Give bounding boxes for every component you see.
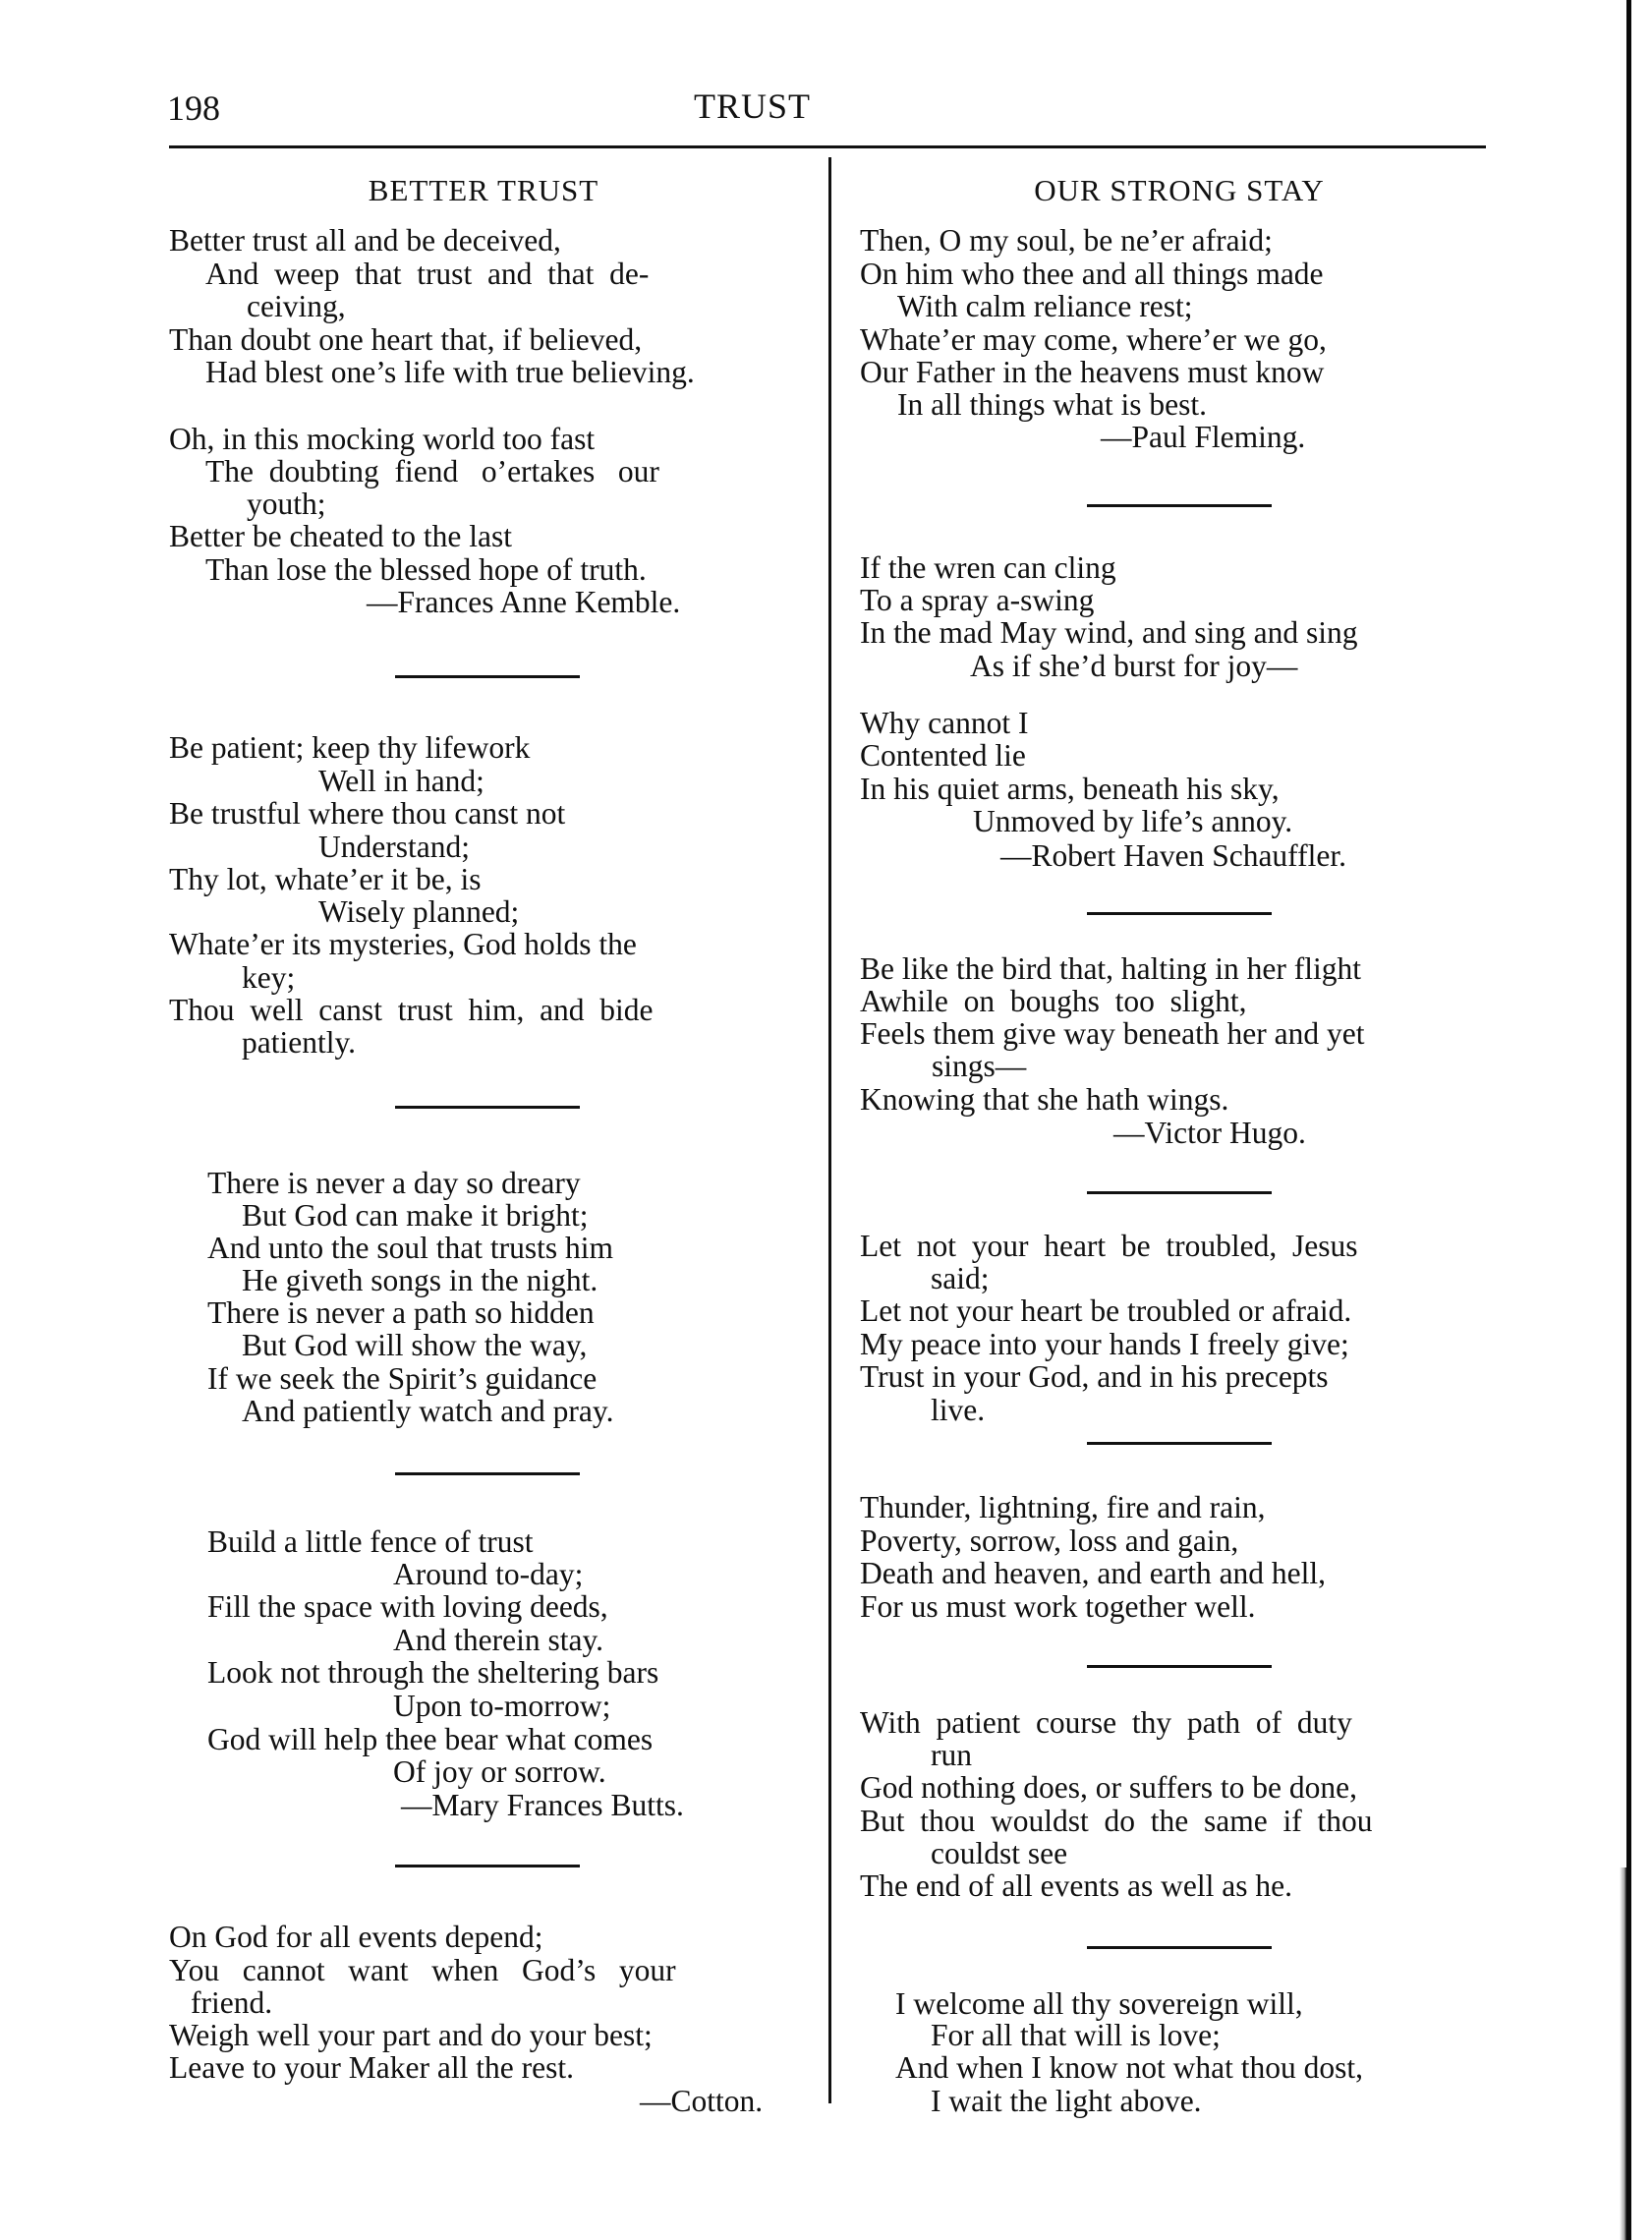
poem-line: You cannot want when God’s your (169, 1954, 676, 1987)
poem-line: And patiently watch and pray. (242, 1395, 613, 1428)
poem-line: Our Father in the heavens must know (860, 356, 1324, 389)
poem-line: —Paul Fleming. (1101, 421, 1305, 454)
poem-line: Be patient; keep thy lifework (169, 731, 530, 765)
poem-line: As if she’d burst for joy— (970, 650, 1297, 683)
poem-line: Let not your heart be troubled or afraid… (860, 1294, 1351, 1328)
poem-line: ceiving, (247, 290, 346, 323)
poem-line: Knowing that she hath wings. (860, 1083, 1228, 1117)
poem-line: And when I know not what thou dost, (895, 2051, 1363, 2085)
poem-line: Around to-day; (393, 1558, 583, 1591)
poem-line: Oh, in this mocking world too fast (169, 423, 595, 456)
running-title-text: TRUST (694, 86, 811, 126)
poem-line: Whate’er its mysteries, God holds the (169, 928, 637, 961)
poem-line: Thunder, lightning, fire and rain, (860, 1491, 1266, 1524)
poem-line: But God can make it bright; (242, 1199, 589, 1233)
poem-line: Better be cheated to the last (169, 520, 512, 553)
poem-line: Weigh well your part and do your best; (169, 2019, 653, 2052)
poem-line: Unmoved by life’s annoy. (973, 805, 1292, 838)
book-page: 198 TRUST BETTER TRUST OUR STRONG STAY B… (0, 0, 1652, 2240)
poem-line: Well in hand; (318, 765, 484, 798)
poem-line: Awhile on boughs too slight, (860, 985, 1247, 1018)
poem-line: With calm reliance rest; (897, 290, 1192, 323)
poem-line: Poverty, sorrow, loss and gain, (860, 1524, 1238, 1558)
section-separator-rule (395, 675, 580, 678)
poem-line: —Cotton. (640, 2085, 763, 2118)
right-column-title: OUR STRONG STAY (860, 173, 1499, 208)
poem-line: —Mary Frances Butts. (401, 1789, 684, 1822)
poem-line: patiently. (242, 1026, 356, 1060)
poem-line: With patient course thy path of duty (860, 1706, 1352, 1740)
poem-line: —Victor Hugo. (1113, 1117, 1306, 1150)
poem-line: But thou wouldst do the same if thou (860, 1805, 1372, 1838)
poem-line: If we seek the Spirit’s guidance (207, 1362, 597, 1396)
poem-line: Let not your heart be troubled, Jesus (860, 1230, 1358, 1263)
poem-line: Look not through the sheltering bars (207, 1656, 658, 1690)
poem-line: Upon to-morrow; (393, 1690, 610, 1723)
poem-line: Trust in your God, and in his precepts (860, 1360, 1329, 1394)
poem-line: Better trust all and be deceived, (169, 224, 561, 258)
poem-line: —Robert Haven Schauffler. (1000, 839, 1346, 873)
poem-line: In the mad May wind, and sing and sing (860, 616, 1358, 650)
poem-line: —Frances Anne Kemble. (367, 586, 680, 619)
poem-line: And therein stay. (393, 1624, 603, 1657)
poem-line: Fill the space with loving deeds, (207, 1590, 608, 1624)
poem-line: My peace into your hands I freely give; (860, 1328, 1349, 1361)
poem-line: said; (931, 1262, 990, 1295)
poem-line: Then, O my soul, be ne’er afraid; (860, 224, 1273, 258)
poem-line: To a spray a-swing (860, 584, 1094, 617)
poem-line: On him who thee and all things made (860, 258, 1324, 291)
poem-line: If the wren can cling (860, 551, 1116, 585)
section-separator-rule (395, 1865, 580, 1867)
poem-line: I wait the light above. (931, 2085, 1202, 2118)
column-divider (828, 157, 831, 2103)
poem-line: God nothing does, or suffers to be done, (860, 1771, 1357, 1805)
poem-line: Contented lie (860, 739, 1026, 773)
poem-line: Wisely planned; (318, 895, 519, 929)
scan-edge-shadow (1620, 1867, 1631, 2240)
poem-line: For us must work together well. (860, 1590, 1255, 1624)
poem-line: But God will show the way, (242, 1329, 587, 1362)
poem-line: sings— (932, 1050, 1026, 1083)
section-separator-rule (1087, 1191, 1272, 1194)
poem-line: Be like the bird that, halting in her fl… (860, 952, 1361, 986)
poem-line: Thou well canst trust him, and bide (169, 994, 654, 1027)
poem-line: Thy lot, whate’er it be, is (169, 863, 482, 896)
poem-line: friend. (191, 1986, 272, 2020)
section-separator-rule (1087, 1665, 1272, 1668)
poem-line: Death and heaven, and earth and hell, (860, 1557, 1326, 1590)
section-separator-rule (1087, 504, 1272, 507)
section-separator-rule (1087, 1442, 1272, 1445)
poem-line: And weep that trust and that de- (205, 258, 649, 291)
poem-line: key; (242, 961, 295, 995)
poem-line: Be trustful where thou canst not (169, 797, 565, 831)
poem-line: Understand; (318, 831, 470, 864)
poem-line: Had blest one’s life with true believing… (205, 356, 695, 389)
poem-line: God will help thee bear what comes (207, 1723, 653, 1756)
poem-line: And unto the soul that trusts him (207, 1232, 613, 1265)
poem-line: In his quiet arms, beneath his sky, (860, 773, 1280, 806)
running-title: TRUST (0, 86, 1652, 126)
poem-line: Than doubt one heart that, if believed, (169, 323, 642, 357)
poem-line: Why cannot I (860, 707, 1028, 740)
poem-line: Build a little fence of trust (207, 1525, 534, 1559)
left-column-title: BETTER TRUST (169, 173, 798, 208)
header-rule (169, 145, 1486, 148)
poem-line: Leave to your Maker all the rest. (169, 2051, 574, 2085)
poem-line: On God for all events depend; (169, 1921, 543, 1954)
section-separator-rule (1087, 912, 1272, 915)
poem-line: The doubting fiend o’ertakes our (205, 455, 659, 488)
poem-line: There is never a path so hidden (207, 1296, 595, 1330)
section-separator-rule (1087, 1946, 1272, 1949)
poem-line: couldst see (931, 1837, 1067, 1870)
poem-line: He giveth songs in the night. (242, 1264, 598, 1297)
poem-line: Than lose the blessed hope of truth. (205, 553, 647, 587)
poem-line: youth; (247, 488, 326, 521)
poem-line: For all that will is love; (931, 2019, 1221, 2052)
poem-line: live. (931, 1394, 985, 1427)
poem-line: Feels them give way beneath her and yet (860, 1017, 1364, 1051)
section-separator-rule (395, 1472, 580, 1475)
section-separator-rule (395, 1106, 580, 1109)
poem-line: Whate’er may come, where’er we go, (860, 323, 1327, 357)
poem-line: Of joy or sorrow. (393, 1755, 606, 1789)
poem-line: run (931, 1739, 972, 1772)
poem-line: In all things what is best. (897, 388, 1207, 422)
poem-line: There is never a day so dreary (207, 1167, 581, 1200)
poem-line: The end of all events as well as he. (860, 1869, 1292, 1903)
poem-line: I welcome all thy sovereign will, (895, 1987, 1303, 2021)
